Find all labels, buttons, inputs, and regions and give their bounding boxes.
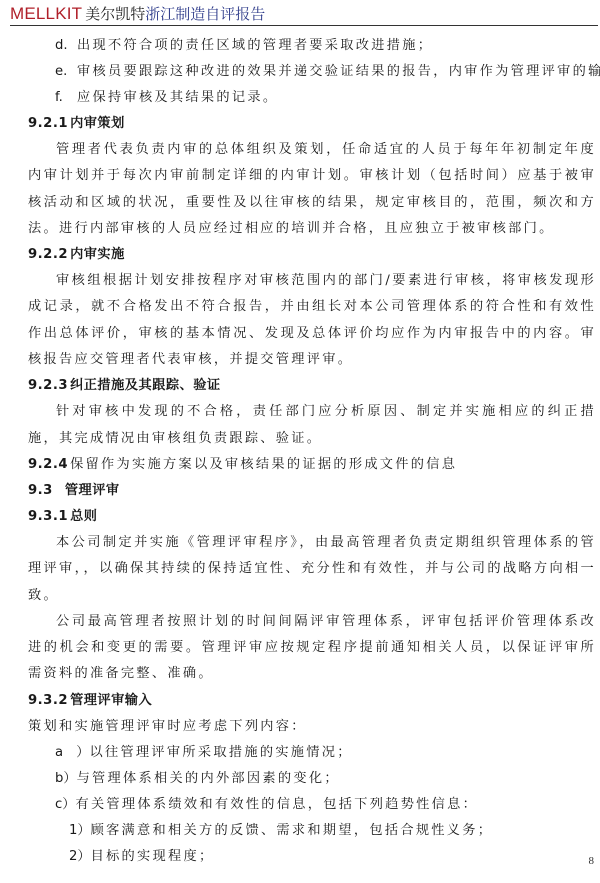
- section-number: 9.2.1: [28, 116, 68, 131]
- paragraph-corrective-actions: 针对审核中发现的不合格，责任部门应分析原因、制定并实施相应的纠正措施，其完成情况…: [28, 399, 596, 452]
- section-title: 内审实施: [70, 247, 125, 262]
- report-title: 浙江制造自评报告: [145, 5, 265, 23]
- page-header: MELLKIT美尔凯特浙江制造自评报告: [10, 3, 598, 26]
- list-marker: f.: [55, 85, 77, 111]
- list-item: c）有关管理体系绩效和有效性的信息，包括下列趋势性信息：: [28, 792, 596, 818]
- list-marker: c）: [55, 792, 75, 818]
- list-marker: b）: [55, 766, 77, 792]
- paragraph-general-1: 本公司制定并实施《管理评审程序》，由最高管理者负责定期组织管理体系的管理评审，，…: [28, 530, 596, 609]
- paragraph-internal-audit-implementation: 审核组根据计划安排按程序对审核范围内的部门/要素进行审核，将审核发现形成记录，就…: [28, 268, 596, 373]
- list-item-text: 审核员要跟踪这种改进的效果并递交验证结果的报告，内审作为管理评审的输入。: [77, 64, 600, 79]
- list-item-text: 与管理体系相关的内外部因素的变化；: [77, 771, 340, 786]
- section-number: 9.3.1: [28, 509, 68, 524]
- section-heading-9-3: 9.3管理评审: [28, 478, 596, 504]
- section-number: 9.2.4: [28, 457, 68, 472]
- list-marker: a ）: [55, 740, 89, 766]
- sub-list-item: 1）顾客满意和相关方的反馈、需求和期望，包括合规性义务；: [28, 818, 596, 844]
- list-marker: 1）: [69, 818, 91, 844]
- list-item-text: 以往管理评审所采取措施的实施情况；: [89, 745, 352, 760]
- list-item-text: 目标的实现程度；: [91, 849, 215, 864]
- section-title: 纠正措施及其跟踪、验证: [70, 378, 221, 393]
- brand-name-english: MELLKIT: [10, 4, 82, 23]
- section-heading-9-3-1: 9.3.1总则: [28, 504, 596, 530]
- section-title: 管理评审输入: [70, 693, 152, 708]
- section-title: 保留作为实施方案以及审核结果的证据的形成文件的信息: [70, 457, 457, 472]
- section-heading-9-2-3: 9.2.3纠正措施及其跟踪、验证: [28, 373, 596, 399]
- list-item: e.审核员要跟踪这种改进的效果并递交验证结果的报告，内审作为管理评审的输入。: [28, 59, 596, 85]
- section-heading-9-2-1: 9.2.1内审策划: [28, 111, 596, 137]
- section-heading-9-2-2: 9.2.2内审实施: [28, 242, 596, 268]
- list-item: a ）以往管理评审所采取措施的实施情况；: [28, 740, 596, 766]
- brand-name-chinese: 美尔凯特: [85, 5, 145, 23]
- list-item-text: 应保持审核及其结果的记录。: [77, 90, 278, 105]
- section-heading-9-2-4: 9.2.4保留作为实施方案以及审核结果的证据的形成文件的信息: [28, 452, 596, 478]
- list-marker: e.: [55, 59, 77, 85]
- list-item: f.应保持审核及其结果的记录。: [28, 85, 596, 111]
- list-item: b）与管理体系相关的内外部因素的变化；: [28, 766, 596, 792]
- section-title: 总则: [70, 509, 97, 524]
- list-marker: 2）: [69, 844, 91, 870]
- page-number: 8: [589, 855, 595, 867]
- paragraph-internal-audit-planning: 管理者代表负责内审的总体组织及策划，任命适宜的人员于每年年初制定年度内审计划并于…: [28, 137, 596, 242]
- section-number: 9.3: [28, 483, 53, 498]
- paragraph-general-2: 公司最高管理者按照计划的时间间隔评审管理体系，评审包括评价管理体系改进的机会和变…: [28, 609, 596, 688]
- list-item-text: 出现不符合项的责任区域的管理者要采取改进措施；: [77, 38, 433, 53]
- section-title: 管理评审: [65, 483, 120, 498]
- review-input-intro: 策划和实施管理评审时应考虑下列内容：: [28, 714, 596, 740]
- section-title: 内审策划: [70, 116, 125, 131]
- section-number: 9.2.2: [28, 247, 68, 262]
- list-marker: d.: [55, 33, 77, 59]
- list-item: d.出现不符合项的责任区域的管理者要采取改进措施；: [28, 33, 596, 59]
- section-number: 9.3.2: [28, 693, 68, 708]
- section-heading-9-3-2: 9.3.2管理评审输入: [28, 688, 596, 714]
- section-number: 9.2.3: [28, 378, 68, 393]
- sub-list-item: 2）目标的实现程度；: [28, 844, 596, 870]
- document-body: d.出现不符合项的责任区域的管理者要采取改进措施； e.审核员要跟踪这种改进的效…: [28, 33, 596, 870]
- list-item-text: 有关管理体系绩效和有效性的信息，包括下列趋势性信息：: [75, 797, 478, 812]
- list-item-text: 顾客满意和相关方的反馈、需求和期望，包括合规性义务；: [91, 823, 494, 838]
